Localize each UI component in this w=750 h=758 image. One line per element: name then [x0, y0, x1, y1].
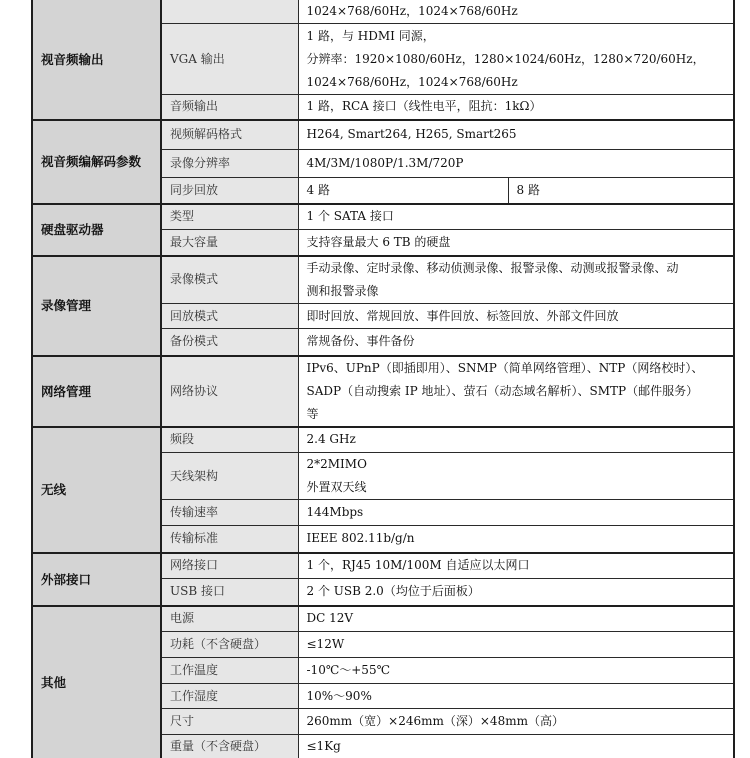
category-cell: 硬盘驱动器 [32, 204, 161, 256]
spec-label-cell: 最大容量 [161, 230, 298, 256]
spec-value-line: 2 个 USB 2.0（均位于后面板） [307, 580, 726, 603]
spec-value-line: 分辨率：1920×1080/60Hz，1280×1024/60Hz，1280×7… [307, 48, 726, 71]
table-row: 其他电源DC 12V [32, 606, 734, 632]
category-cell: 视音频输出 [32, 0, 161, 120]
spec-value-cell: IEEE 802.11b/g/n [298, 526, 734, 553]
spec-label-cell: 天线架构 [161, 453, 298, 500]
spec-value-line: H264, Smart264, H265, Smart265 [307, 123, 726, 146]
spec-value-line: 1 路，RCA 接口（线性电平，阻抗：1kΩ） [307, 95, 726, 118]
spec-label-cell: 电源 [161, 606, 298, 632]
spec-value-line: 4M/3M/1080P/1.3M/720P [307, 152, 726, 175]
spec-label-cell: 网络协议 [161, 356, 298, 427]
spec-value-line: 10%～90% [307, 685, 726, 708]
spec-value-line: 1 个 SATA 接口 [307, 205, 726, 228]
spec-value-line: 1024×768/60Hz，1024×768/60Hz [307, 0, 726, 23]
spec-value-line: 144Mbps [307, 501, 726, 524]
spec-label-cell: VGA 输出 [161, 24, 298, 95]
spec-value-line: 1 路，与 HDMI 同源， [307, 25, 726, 48]
spec-label-cell: 同步回放 [161, 178, 298, 204]
spec-value-line: SADP（自动搜索 IP 地址）、萤石（动态域名解析）、SMTP（邮件服务） [307, 380, 726, 403]
spec-label-cell: 尺寸 [161, 709, 298, 735]
spec-label-cell: USB 接口 [161, 579, 298, 606]
spec-value-line: 即时回放、常规回放、事件回放、标签回放、外部文件回放 [307, 305, 726, 328]
spec-value-cell: H264, Smart264, H265, Smart265 [298, 120, 734, 150]
spec-value-line: 常规备份、事件备份 [307, 330, 726, 353]
spec-value-line: IPv6、UPnP（即插即用）、SNMP（简单网络管理）、NTP（网络校时）、 [307, 357, 726, 380]
category-cell: 网络管理 [32, 356, 161, 427]
spec-value-line: 测和报警录像 [307, 280, 726, 303]
table-row: 无线频段2.4 GHz [32, 427, 734, 453]
spec-value-cell: 8 路 [508, 178, 734, 204]
spec-value-cell: 2 个 USB 2.0（均位于后面板） [298, 579, 734, 606]
spec-value-cell: 支持容量最大 6 TB 的硬盘 [298, 230, 734, 256]
table-row: 外部接口网络接口1 个，RJ45 10M/100M 自适应以太网口 [32, 553, 734, 579]
spec-value-line: IEEE 802.11b/g/n [307, 527, 726, 550]
category-cell: 外部接口 [32, 553, 161, 606]
spec-value-cell: 2*2MIMO外置双天线 [298, 453, 734, 500]
spec-value-cell: 1 路，RCA 接口（线性电平，阻抗：1kΩ） [298, 95, 734, 120]
category-cell: 录像管理 [32, 256, 161, 356]
spec-value-line: 2*2MIMO [307, 453, 726, 476]
spec-table-body: 视音频输出1024×768/60Hz，1024×768/60HzVGA 输出1 … [32, 0, 734, 758]
spec-label-cell: 传输速率 [161, 500, 298, 526]
spec-value-line: 支持容量最大 6 TB 的硬盘 [307, 231, 726, 254]
spec-value-line: 外置双天线 [307, 476, 726, 499]
spec-value-cell: 4M/3M/1080P/1.3M/720P [298, 150, 734, 178]
spec-value-cell: DC 12V [298, 606, 734, 632]
spec-label-cell: 音频输出 [161, 95, 298, 120]
category-cell: 视音频编解码参数 [32, 120, 161, 204]
spec-label-cell: 频段 [161, 427, 298, 453]
spec-value-cell: -10℃～+55℃ [298, 658, 734, 684]
spec-value-line: ≤1Kg [307, 735, 726, 758]
spec-value-line: DC 12V [307, 607, 726, 630]
spec-label-cell: 工作湿度 [161, 684, 298, 709]
spec-value-line: 1 个，RJ45 10M/100M 自适应以太网口 [307, 554, 726, 577]
spec-value-cell: IPv6、UPnP（即插即用）、SNMP（简单网络管理）、NTP（网络校时）、S… [298, 356, 734, 427]
spec-table: 视音频输出1024×768/60Hz，1024×768/60HzVGA 输出1 … [31, 0, 735, 758]
spec-label-cell: 工作温度 [161, 658, 298, 684]
spec-label-cell: 录像分辨率 [161, 150, 298, 178]
spec-value-cell: 4 路 [298, 178, 508, 204]
spec-label-cell: 功耗（不含硬盘） [161, 632, 298, 658]
spec-value-line: -10℃～+55℃ [307, 659, 726, 682]
spec-value-line: ≤12W [307, 633, 726, 656]
category-cell: 无线 [32, 427, 161, 553]
spec-value-line: 等 [307, 403, 726, 426]
spec-value-line: 手动录像、定时录像、移动侦测录像、报警录像、动测或报警录像、动 [307, 257, 726, 280]
spec-value-cell: 2.4 GHz [298, 427, 734, 453]
spec-value-cell: ≤1Kg [298, 735, 734, 758]
category-cell: 其他 [32, 606, 161, 758]
spec-label-cell: 重量（不含硬盘） [161, 735, 298, 758]
spec-value-line: 2.4 GHz [307, 428, 726, 451]
spec-value-cell: 144Mbps [298, 500, 734, 526]
spec-value-cell: 常规备份、事件备份 [298, 329, 734, 356]
spec-label-cell: 视频解码格式 [161, 120, 298, 150]
spec-value-line: 1024×768/60Hz，1024×768/60Hz [307, 71, 726, 94]
spec-value-cell: 1 个，RJ45 10M/100M 自适应以太网口 [298, 553, 734, 579]
spec-value-cell: ≤12W [298, 632, 734, 658]
spec-value-cell: 1 路，与 HDMI 同源，分辨率：1920×1080/60Hz，1280×10… [298, 24, 734, 95]
table-row: 硬盘驱动器类型1 个 SATA 接口 [32, 204, 734, 230]
spec-label-cell [161, 0, 298, 24]
spec-value-cell: 手动录像、定时录像、移动侦测录像、报警录像、动测或报警录像、动测和报警录像 [298, 256, 734, 304]
spec-label-cell: 传输标准 [161, 526, 298, 553]
table-row: 视音频输出1024×768/60Hz，1024×768/60Hz [32, 0, 734, 24]
table-row: 视音频编解码参数视频解码格式H264, Smart264, H265, Smar… [32, 120, 734, 150]
spec-value-cell: 260mm（宽）×246mm（深）×48mm（高） [298, 709, 734, 735]
spec-label-cell: 录像模式 [161, 256, 298, 304]
spec-value-cell: 即时回放、常规回放、事件回放、标签回放、外部文件回放 [298, 304, 734, 329]
spec-value-line: 260mm（宽）×246mm（深）×48mm（高） [307, 710, 726, 733]
spec-label-cell: 备份模式 [161, 329, 298, 356]
spec-label-cell: 回放模式 [161, 304, 298, 329]
spec-label-cell: 网络接口 [161, 553, 298, 579]
spec-value-cell: 1 个 SATA 接口 [298, 204, 734, 230]
table-row: 录像管理录像模式手动录像、定时录像、移动侦测录像、报警录像、动测或报警录像、动测… [32, 256, 734, 304]
spec-value-cell: 10%～90% [298, 684, 734, 709]
table-row: 网络管理网络协议IPv6、UPnP（即插即用）、SNMP（简单网络管理）、NTP… [32, 356, 734, 427]
spec-value-cell: 1024×768/60Hz，1024×768/60Hz [298, 0, 734, 24]
spec-label-cell: 类型 [161, 204, 298, 230]
